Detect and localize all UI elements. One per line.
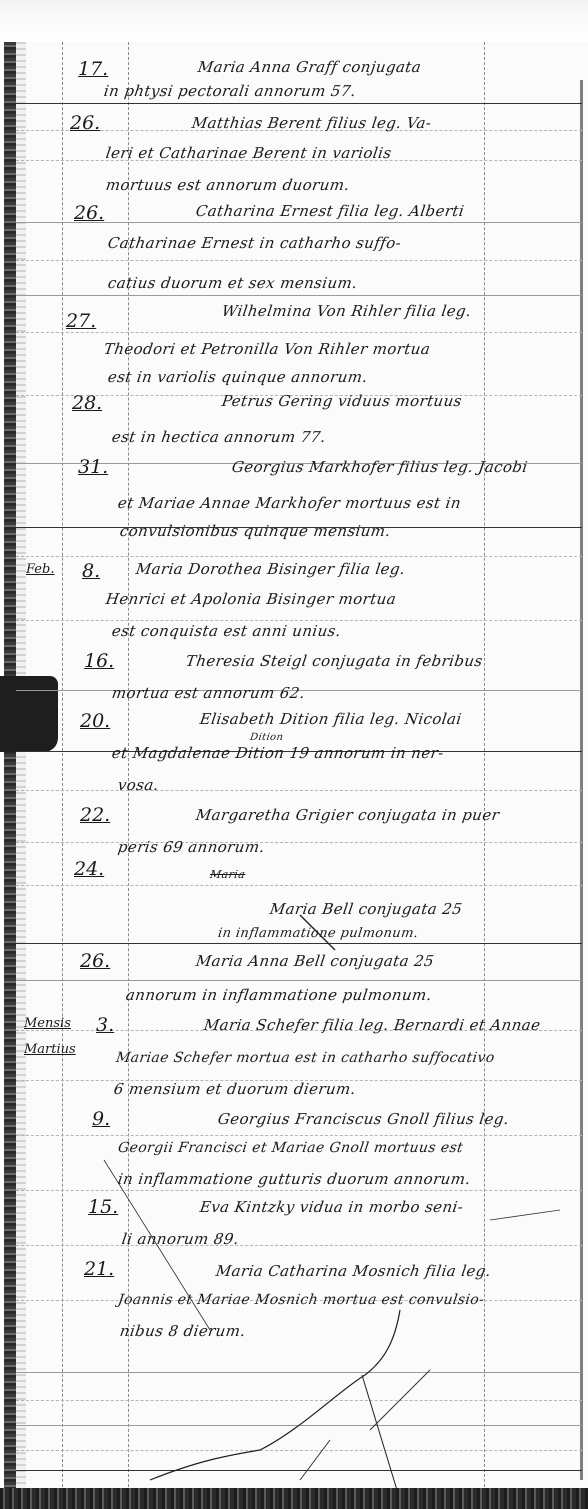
entry-day: 26.	[70, 112, 100, 134]
page-tab-mark	[0, 676, 58, 752]
ruled-line	[16, 1450, 582, 1451]
entry-line: Georgii Francisci et Mariae Gnoll mortuu…	[117, 1140, 464, 1156]
entry-day: 27.	[66, 310, 96, 332]
entry-line: mortua est annorum 62.	[111, 684, 306, 702]
entry-line: Catharinae Ernest in catharho suffo-	[107, 234, 403, 252]
entry-line: in inflammatione gutturis duorum annorum…	[117, 1170, 472, 1188]
entry-day: 26.	[74, 202, 104, 224]
ruled-line	[16, 1135, 582, 1136]
book-binding-edge	[4, 42, 16, 1509]
entry-line: et Magdalenae Dition 19 annorum in ner-	[111, 744, 445, 762]
entry-line: Eva Kintzky vidua in morbo seni-	[199, 1198, 465, 1216]
entry-day: 28.	[72, 392, 102, 414]
ruled-line	[16, 842, 582, 843]
entry-day: 16.	[84, 650, 114, 672]
entry-line: Theresia Steigl conjugata in febribus	[185, 652, 484, 670]
entry-line: Maria Anna Graff conjugata	[197, 58, 423, 76]
binding-shadow	[16, 42, 26, 1509]
scan-top-margin	[0, 0, 588, 42]
entry-line: Wilhelmina Von Rihler filia leg.	[221, 302, 473, 320]
entry-line: et Mariae Annae Markhofer mortuus est in	[117, 494, 462, 512]
entry-line: Matthias Berent filius leg. Va-	[191, 114, 433, 132]
month-label-prefix: Mensis	[24, 1016, 71, 1031]
entry-line: Maria Schefer filia leg. Bernardi et Ann…	[203, 1016, 542, 1034]
entry-day: 15.	[88, 1196, 118, 1218]
entry-line: vosa.	[117, 776, 160, 794]
entry-line: Elisabeth Dition filia leg. Nicolai	[199, 710, 463, 728]
entry-line: Petrus Gering viduus mortuus	[221, 392, 463, 410]
entry-line: convulsionibus quinque mensium.	[119, 522, 392, 540]
register-page	[4, 42, 588, 1509]
scan-bottom-edge	[0, 1488, 588, 1509]
correction-note: Dition	[249, 732, 284, 743]
entry-line: Maria Dorothea Bisinger filia leg.	[135, 560, 407, 578]
month-label-march: Martius	[24, 1042, 76, 1057]
entry-line: mortuus est annorum duorum.	[105, 176, 351, 194]
month-label-february: Feb.	[26, 562, 54, 577]
ruled-line	[16, 1372, 582, 1373]
entry-line: Catharina Ernest filia leg. Alberti	[195, 202, 466, 220]
entry-line: est in variolis quinque annorum.	[107, 368, 369, 386]
ruled-line	[16, 1425, 582, 1426]
ruled-line	[16, 1245, 582, 1246]
ruled-line	[16, 885, 582, 886]
entry-line: est in hectica annorum 77.	[111, 428, 327, 446]
entry-line: peris 69 annorum.	[117, 838, 266, 856]
ruled-line	[16, 1190, 582, 1191]
entry-day: 17.	[78, 58, 108, 80]
entry-day: 26.	[80, 950, 110, 972]
entry-line: Margaretha Grigier conjugata in puer	[195, 806, 501, 824]
entry-day: 31.	[78, 456, 108, 478]
entry-line: leri et Catharinae Berent in variolis	[105, 144, 393, 162]
entry-line: Maria Bell conjugata 25	[269, 900, 464, 918]
entry-line: nibus 8 dierum.	[119, 1322, 247, 1340]
entry-line: Henrici et Apolonia Bisinger mortua	[105, 590, 398, 608]
entry-line: Maria Catharina Mosnich filia leg.	[215, 1262, 493, 1280]
ruled-line	[16, 260, 582, 261]
ruled-line	[16, 790, 582, 791]
entry-day: 21.	[84, 1258, 114, 1280]
entry-line: Georgius Franciscus Gnoll filius leg.	[217, 1110, 511, 1128]
entry-line: Georgius Markhofer filius leg. Jacobi	[231, 458, 529, 476]
struck-word: Maria	[209, 868, 246, 881]
ruled-line	[16, 1400, 582, 1401]
ruled-line	[16, 332, 582, 333]
entry-line: catius duorum et sex mensium.	[107, 274, 359, 292]
entry-line: Theodori et Petronilla Von Rihler mortua	[103, 340, 432, 358]
right-margin-rule	[580, 80, 583, 1480]
entry-line: in phtysi pectorali annorum 57.	[103, 82, 358, 100]
entry-line: in inflammatione pulmonum.	[217, 926, 419, 941]
entry-day: 9.	[92, 1108, 110, 1130]
entry-day: 3.	[96, 1014, 114, 1036]
entry-day: 24.	[74, 858, 104, 880]
entry-line: Mariae Schefer mortua est in catharho su…	[115, 1050, 496, 1066]
entry-day: 22.	[80, 804, 110, 826]
ruled-line	[16, 295, 582, 296]
entry-line: annorum in inflammatione pulmonum.	[125, 986, 433, 1004]
ruled-line	[16, 980, 582, 981]
entry-day: 8.	[82, 560, 100, 582]
ruled-line	[16, 556, 582, 557]
entry-day: 20.	[80, 710, 110, 732]
ruled-line	[16, 1470, 582, 1471]
entry-line: li annorum 89.	[121, 1230, 240, 1248]
entry-line: est conquista est anni unius.	[111, 622, 343, 640]
entry-line: 6 mensium et duorum dierum.	[113, 1080, 357, 1098]
entry-line: Maria Anna Bell conjugata 25	[195, 952, 436, 970]
ruled-line	[16, 943, 582, 944]
ruled-line	[16, 103, 582, 104]
entry-line: Joannis et Mariae Mosnich mortua est con…	[117, 1292, 486, 1308]
ruled-line	[16, 620, 582, 621]
